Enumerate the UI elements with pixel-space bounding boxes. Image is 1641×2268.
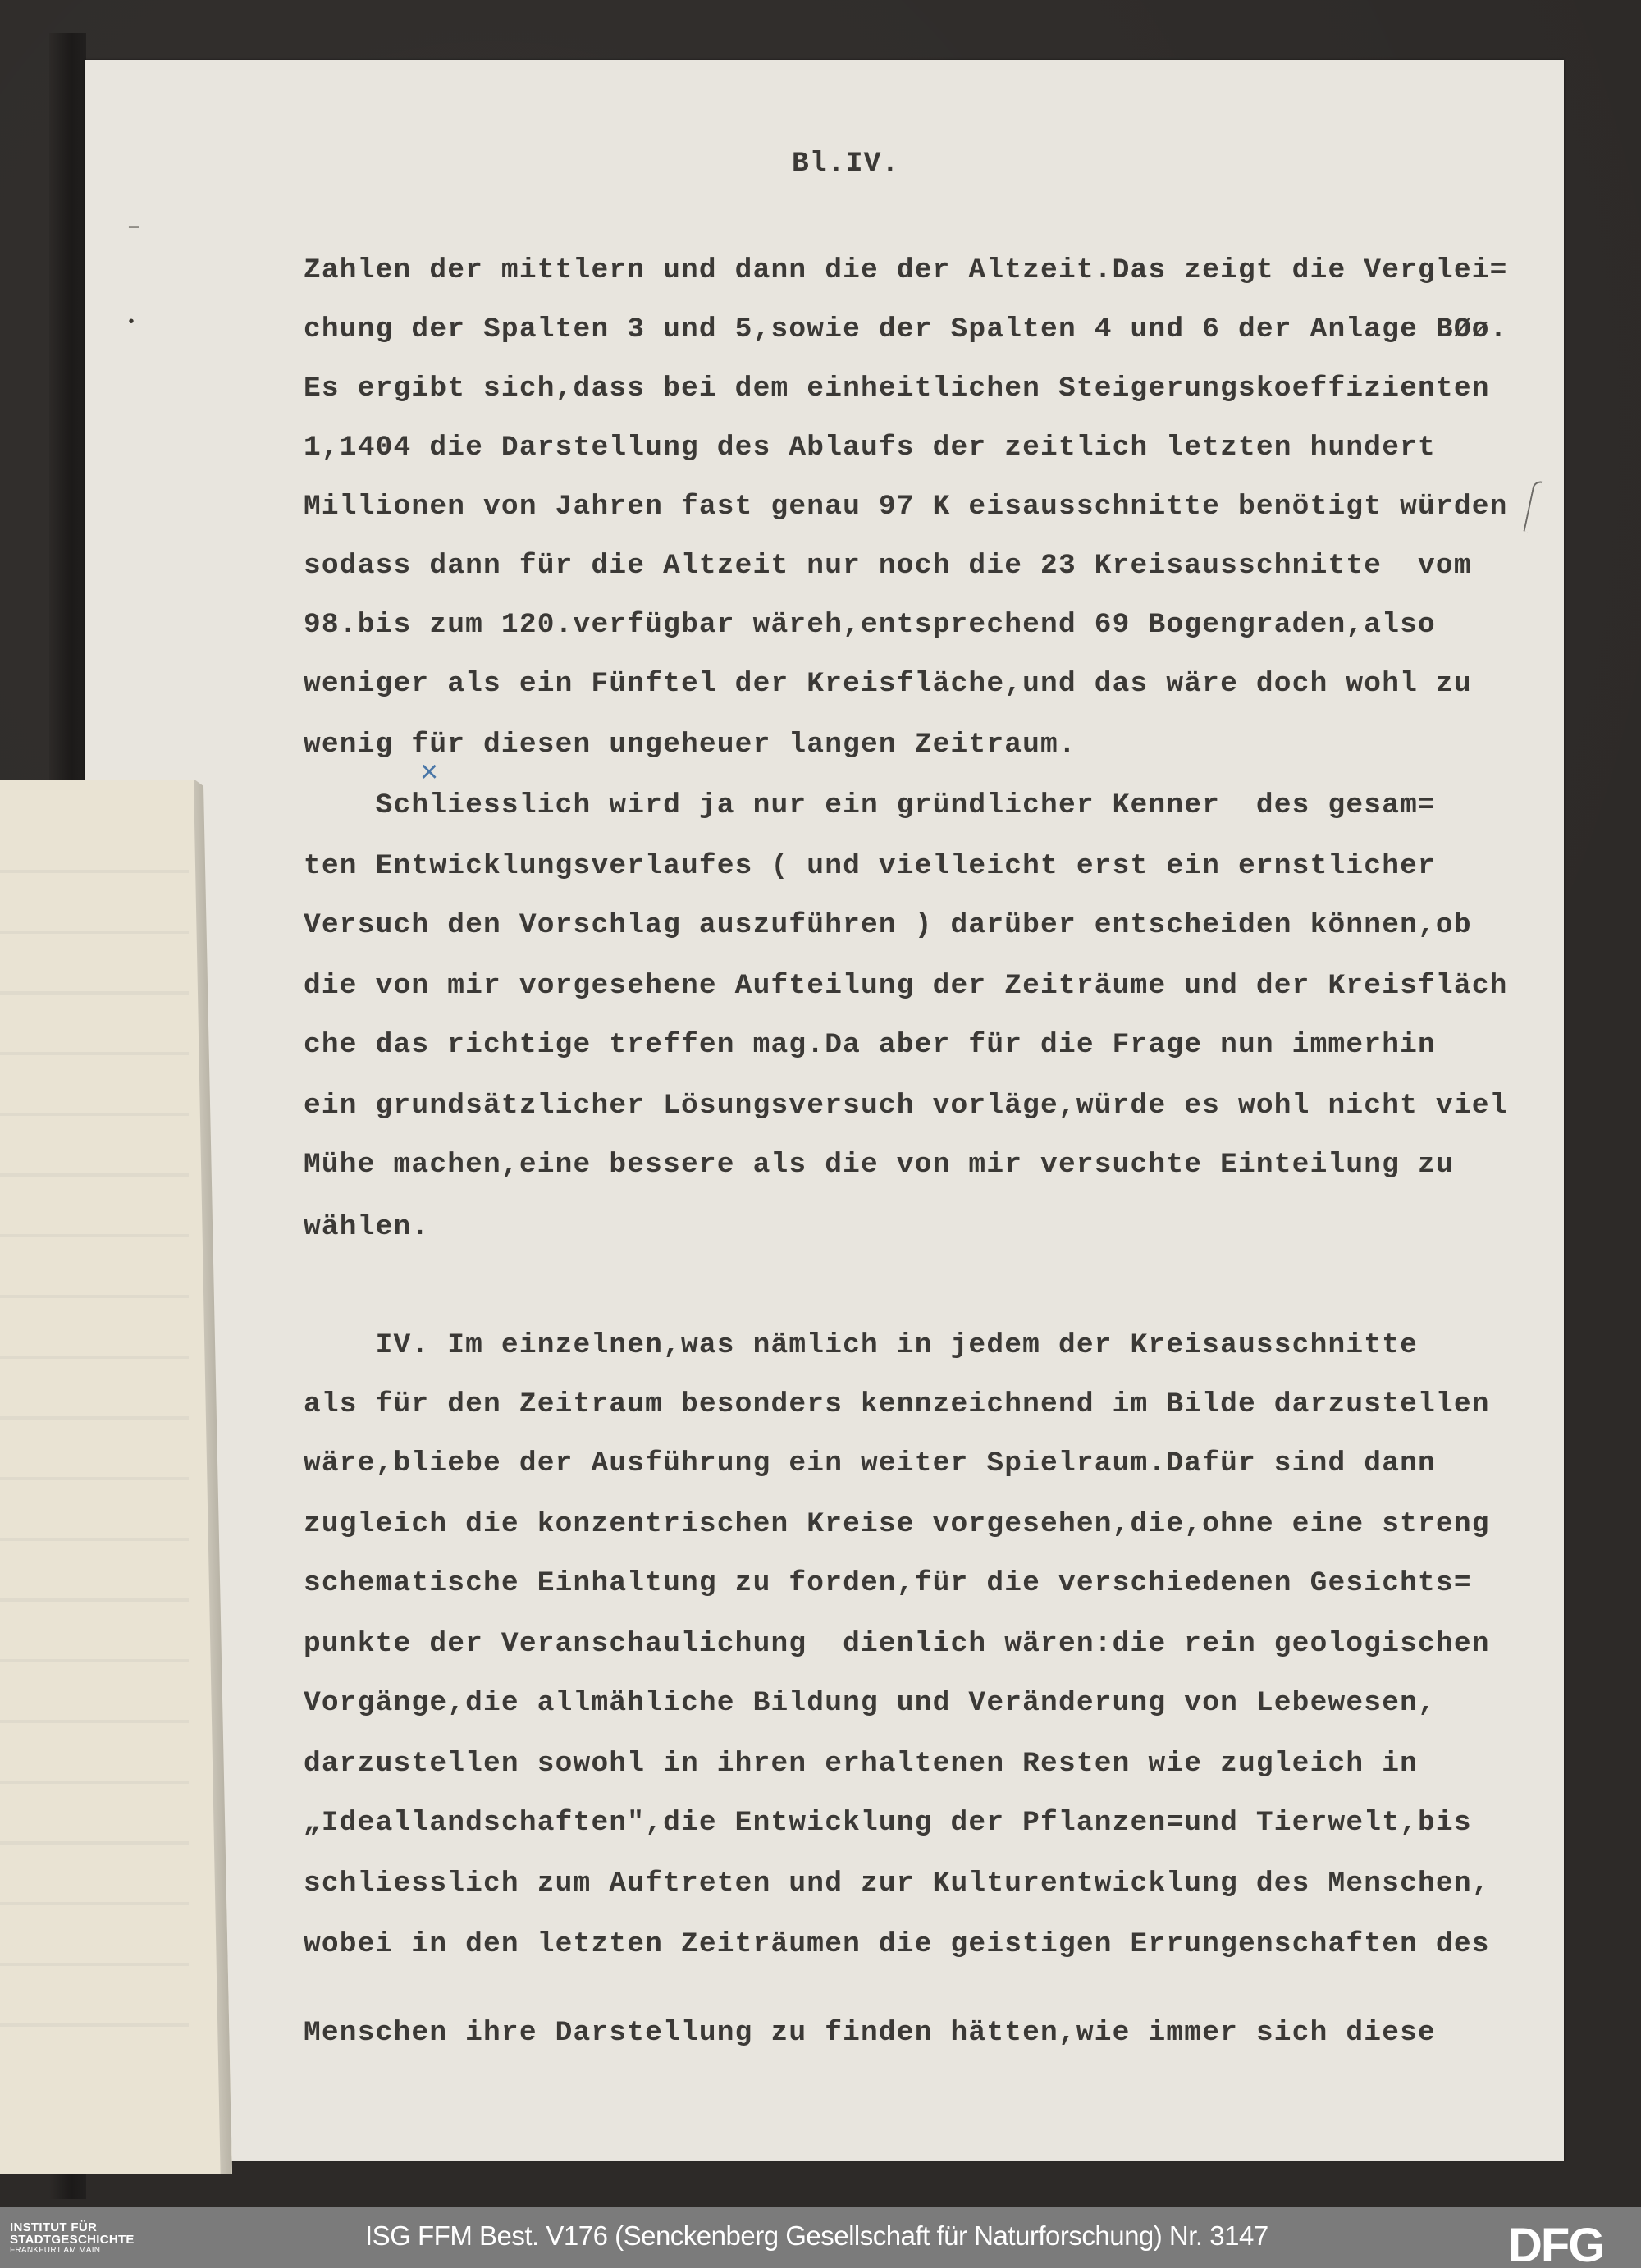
text-line: che das richtige treffen mag.Da aber für…	[304, 1029, 1436, 1061]
text-line: Es ergibt sich,dass bei dem einheitliche…	[304, 373, 1490, 405]
text-line: „Ideallandschaften",die Entwicklung der …	[304, 1807, 1472, 1839]
underlying-sheet	[0, 780, 232, 2174]
text-line: sodass dann für die Altzeit nur noch die…	[304, 550, 1472, 582]
bleed-through-text	[0, 870, 189, 2084]
institute-logo: INSTITUT FÜR STADTGESCHICHTE FRANKFURT A…	[10, 2221, 135, 2256]
page-label: Bl.IV.	[792, 148, 899, 180]
text-line: 98.bis zum 120.verfügbar wäreh,entsprech…	[304, 609, 1436, 641]
blue-x-annotation: ×	[420, 755, 438, 790]
text-line: ein grundsätzlicher Lösungsversuch vorlä…	[304, 1090, 1508, 1122]
text-line: 1,1404 die Darstellung des Ablaufs der z…	[304, 432, 1436, 464]
text-line: Millionen von Jahren fast genau 97 K eis…	[304, 491, 1508, 523]
margin-dot-mark: •	[126, 313, 136, 332]
text-line: Mühe machen,eine bessere als die von mir…	[304, 1149, 1454, 1181]
text-line: wählen.	[304, 1211, 429, 1243]
institute-line-1: INSTITUT FÜR	[10, 2221, 135, 2234]
text-line: Versuch den Vorschlag auszuführen ) darü…	[304, 909, 1472, 941]
dfg-logo: DFG	[1508, 2224, 1603, 2268]
text-line: schliesslich zum Auftreten und zur Kultu…	[304, 1868, 1490, 1900]
text-line: darzustellen sowohl in ihren erhaltenen …	[304, 1748, 1418, 1780]
text-line: Menschen ihre Darstellung zu finden hätt…	[304, 2017, 1436, 2049]
text-line: Schliesslich wird ja nur ein gründlicher…	[304, 789, 1436, 821]
text-line: wäre,bliebe der Ausführung ein weiter Sp…	[304, 1447, 1436, 1479]
text-line: wobei in den letzten Zeiträumen die geis…	[304, 1928, 1490, 1960]
text-line: Vorgänge,die allmähliche Bildung und Ver…	[304, 1687, 1436, 1719]
text-line: zugleich die konzentrischen Kreise vorge…	[304, 1508, 1490, 1540]
text-line: IV. Im einzelnen,was nämlich in jedem de…	[304, 1329, 1418, 1361]
text-line: chung der Spalten 3 und 5,sowie der Spal…	[304, 313, 1508, 345]
text-line: ten Entwicklungsverlaufes ( und vielleic…	[304, 850, 1436, 882]
text-line: als für den Zeitraum besonders kennzeich…	[304, 1388, 1490, 1420]
archive-footer: INSTITUT FÜR STADTGESCHICHTE FRANKFURT A…	[0, 2207, 1641, 2268]
text-line: die von mir vorgesehene Aufteilung der Z…	[304, 970, 1508, 1002]
text-line: schematische Einhaltung zu forden,für di…	[304, 1567, 1472, 1599]
margin-tick-mark: ‾	[129, 226, 139, 245]
institute-line-3: FRANKFURT AM MAIN	[10, 2246, 135, 2256]
institute-line-2: STADTGESCHICHTE	[10, 2234, 135, 2246]
text-line: punkte der Veranschaulichung dienlich wä…	[304, 1628, 1490, 1660]
text-line: Zahlen der mittlern und dann die der Alt…	[304, 254, 1508, 286]
text-line: weniger als ein Fünftel der Kreisfläche,…	[304, 668, 1472, 700]
archive-reference: ISG FFM Best. V176 (Senckenberg Gesellsc…	[365, 2220, 1268, 2252]
